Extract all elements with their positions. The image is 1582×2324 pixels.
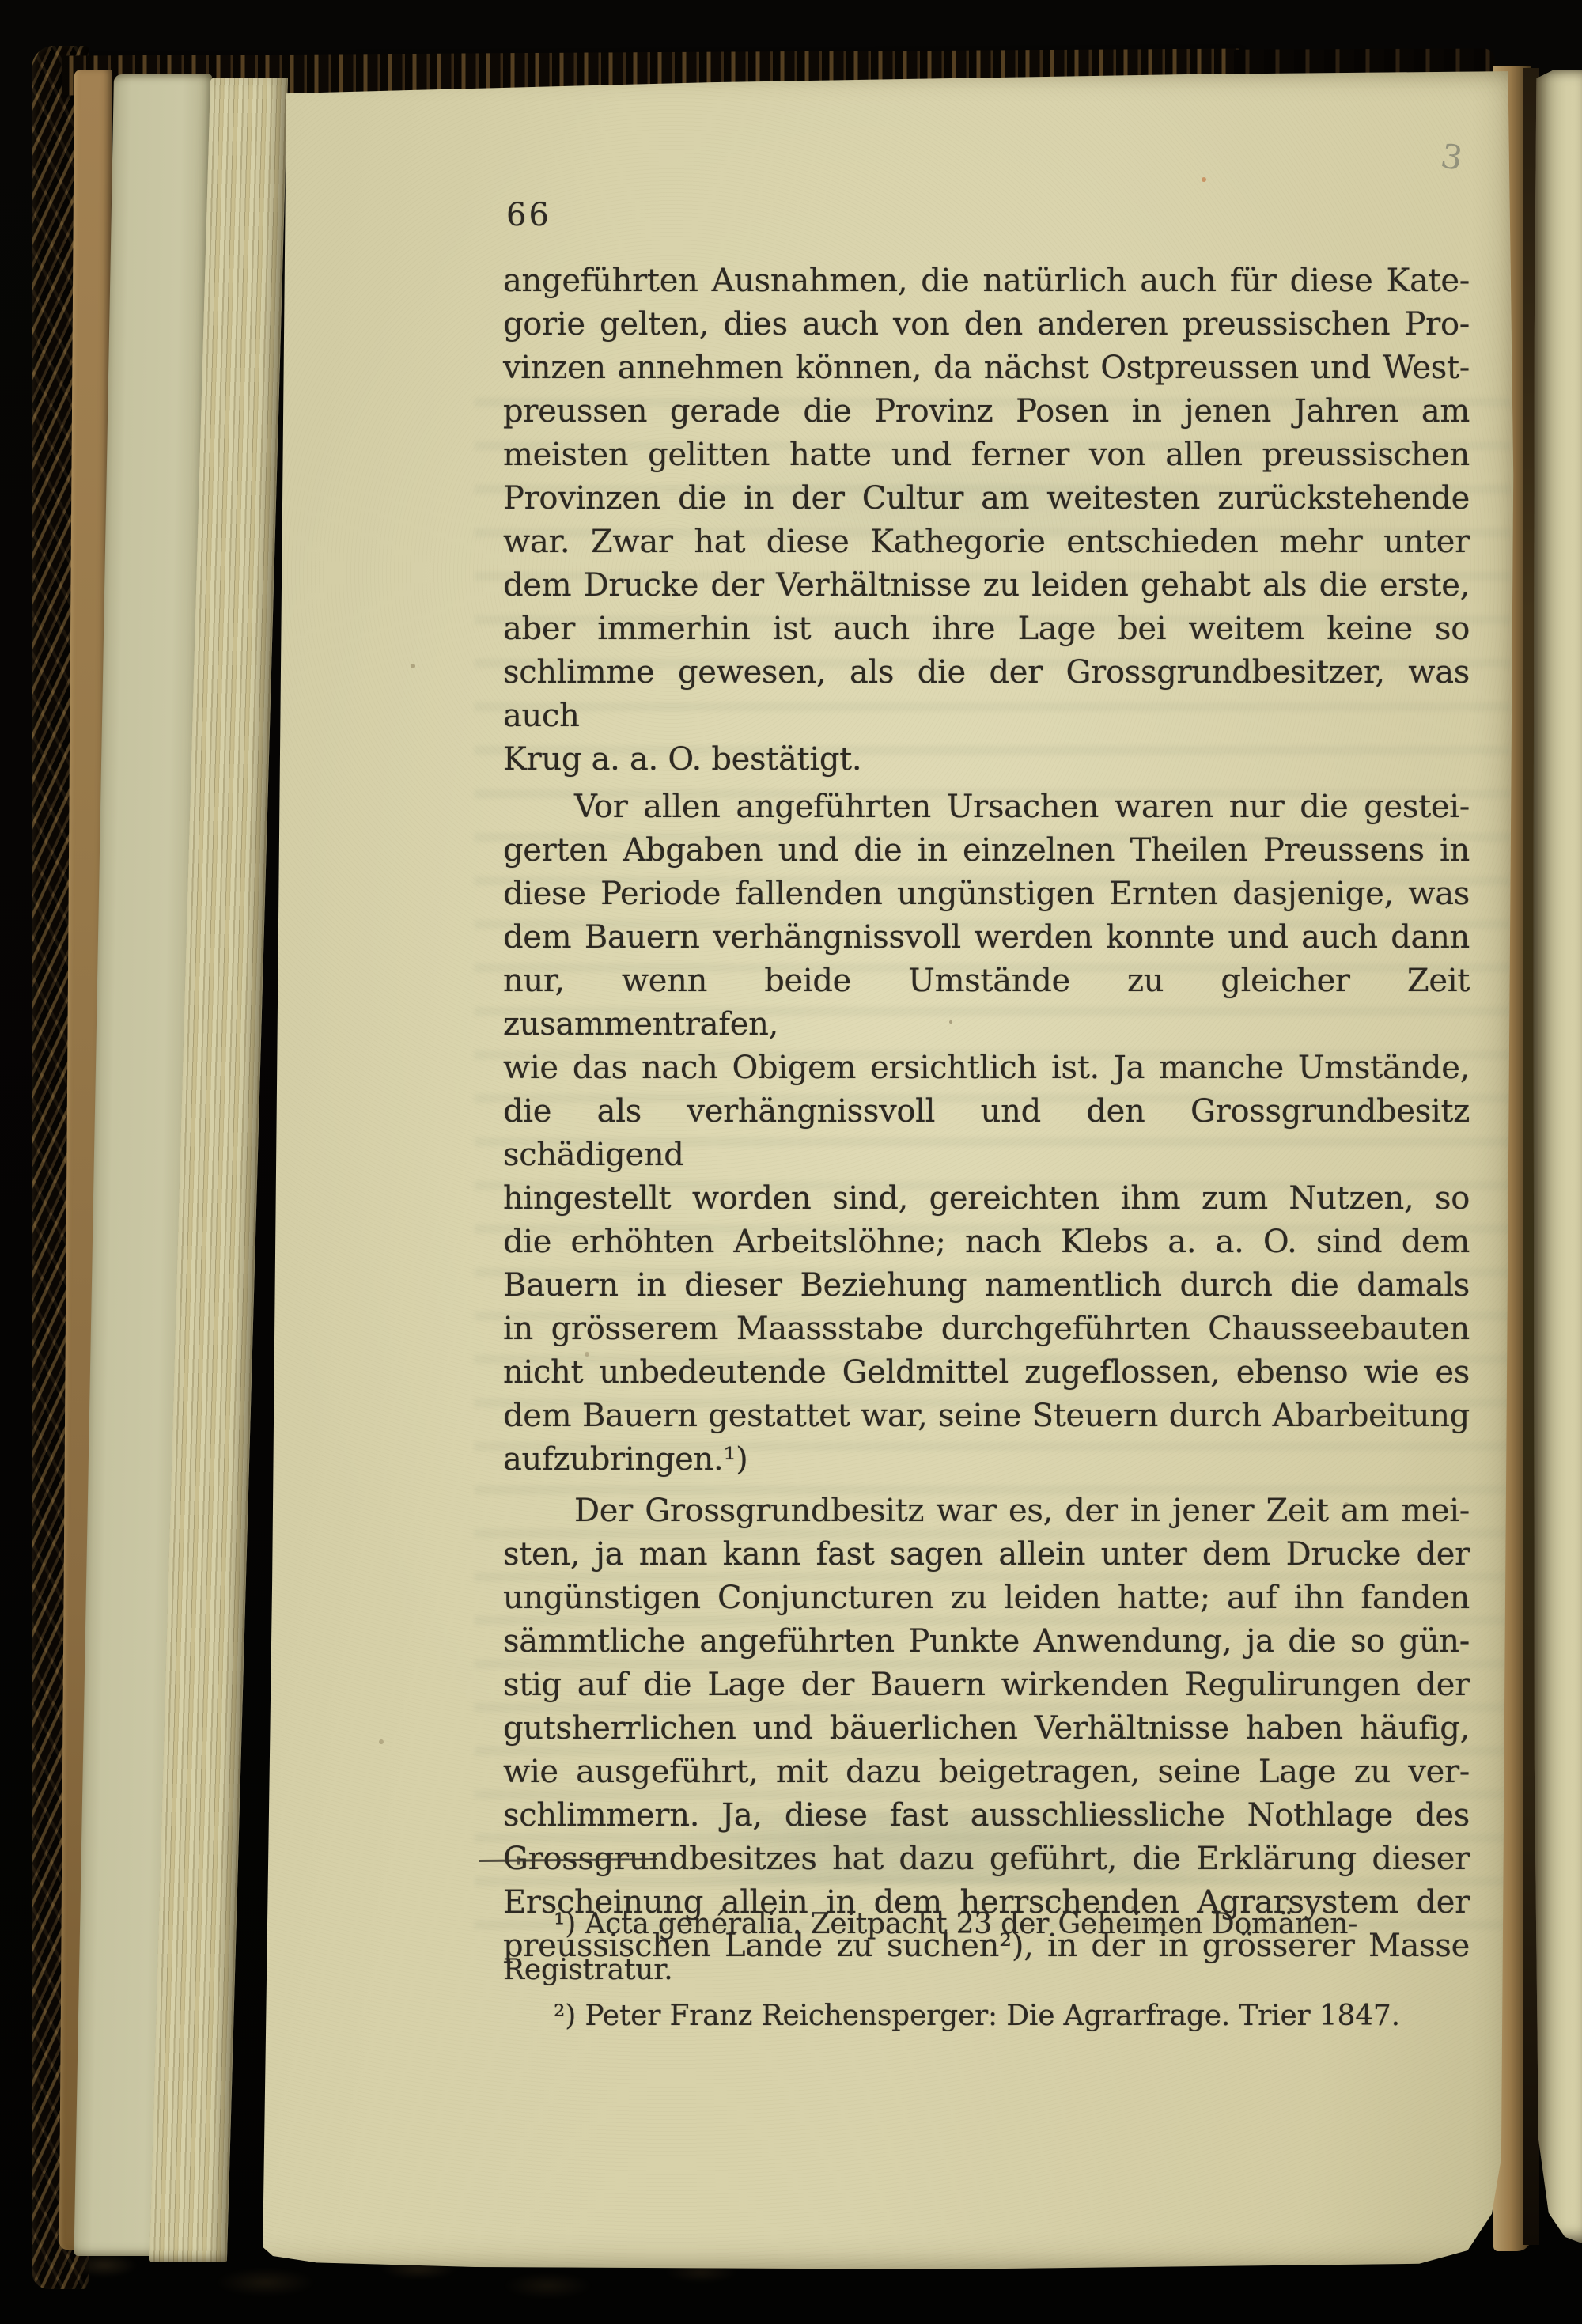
text-line: wie das nach Obigem ersichtlich ist. Ja … — [503, 1047, 1470, 1090]
footnotes: ¹) Acta genéralia. Zeitpacht 23 der Gehe… — [503, 1902, 1473, 2039]
text-line: Bauern in dieser Beziehung namentlich du… — [503, 1264, 1470, 1308]
text-line: nicht unbedeutende Geldmittel zugeflosse… — [503, 1351, 1470, 1395]
page-body: angeführten Ausnahmen, die natürlich auc… — [503, 259, 1470, 1968]
text-line: dem Drucke der Verhältnisse zu leiden ge… — [503, 564, 1470, 607]
text-line: Krug a. a. O. bestätigt. — [503, 738, 1470, 782]
divider-tick — [532, 1856, 534, 1864]
text-line: in grösserem Maassstabe durchgeführten C… — [503, 1308, 1470, 1351]
text-line: dem Bauern gestattet war, seine Steuern … — [503, 1395, 1470, 1438]
page-number: 66 — [506, 198, 551, 233]
footnote: ²) Peter Franz Reichensperger: Die Agrar… — [503, 1993, 1473, 2039]
text-line: die erhöhten Arbeitslöhne; nach Klebs a.… — [503, 1221, 1470, 1264]
text-line: schlimmern. Ja, diese fast ausschliessli… — [503, 1794, 1470, 1838]
text-line: gorie gelten, dies auch von den anderen … — [503, 303, 1470, 346]
text-line: war. Zwar hat diese Kathegorie entschied… — [503, 520, 1470, 564]
text-line: sten, ja man kann fast sagen allein unte… — [503, 1533, 1470, 1576]
text-line: stig auf die Lage der Bauern wirkenden R… — [503, 1664, 1470, 1707]
scanned-book-photo: 66 angeführten Ausnahmen, die natürlich … — [0, 0, 1582, 2324]
text-line: ungünstigen Conjuncturen zu leiden hatte… — [503, 1576, 1470, 1620]
text-line: Provinzen die in der Cultur am weitesten… — [503, 477, 1470, 520]
text-line: vinzen annehmen können, da nächst Ostpre… — [503, 346, 1470, 390]
next-page-sliver — [1531, 70, 1582, 2243]
divider-tick — [517, 1857, 520, 1865]
text-line: aber immerhin ist auch ihre Lage bei wei… — [503, 607, 1470, 651]
text-line: Vor allen angeführten Ursachen waren nur… — [503, 785, 1470, 829]
text-line: schlimme gewesen, als die der Grossgrund… — [503, 651, 1470, 738]
paragraph: Vor allen angeführten Ursachen waren nur… — [503, 785, 1470, 1482]
text-line: nur, wenn beide Umstände zu gleicher Zei… — [503, 960, 1470, 1047]
text-line: die als verhängnissvoll und den Grossgru… — [503, 1090, 1470, 1177]
text-line: sämmtliche angeführten Punkte Anwendung,… — [503, 1620, 1470, 1664]
text-line: dem Bauern verhängnissvoll werden konnte… — [503, 916, 1470, 960]
paragraph: Der Grossgrundbesitz war es, der in jene… — [503, 1489, 1470, 1968]
text-line: diese Periode fallenden ungünstigen Ernt… — [503, 872, 1470, 916]
text-line: aufzubringen.¹) — [503, 1438, 1470, 1482]
text-line: angeführten Ausnahmen, die natürlich auc… — [503, 259, 1470, 303]
text-line: wie ausgeführt, mit dazu beigetragen, se… — [503, 1751, 1470, 1794]
text-line: hingestellt worden sind, gereichten ihm … — [503, 1177, 1470, 1221]
text-line: preussen gerade die Provinz Posen in jen… — [503, 390, 1470, 433]
paragraph: angeführten Ausnahmen, die natürlich auc… — [503, 259, 1470, 782]
footnote: ¹) Acta genéralia. Zeitpacht 23 der Gehe… — [503, 1902, 1473, 1993]
text-line: gerten Abgaben und die in einzelnen Thei… — [503, 829, 1470, 872]
text-line: Der Grossgrundbesitz war es, der in jene… — [503, 1489, 1470, 1533]
text-line: meisten gelitten hatte und ferner von al… — [503, 433, 1470, 477]
text-line: gutsherrlichen und bäuerlichen Verhältni… — [503, 1707, 1470, 1751]
